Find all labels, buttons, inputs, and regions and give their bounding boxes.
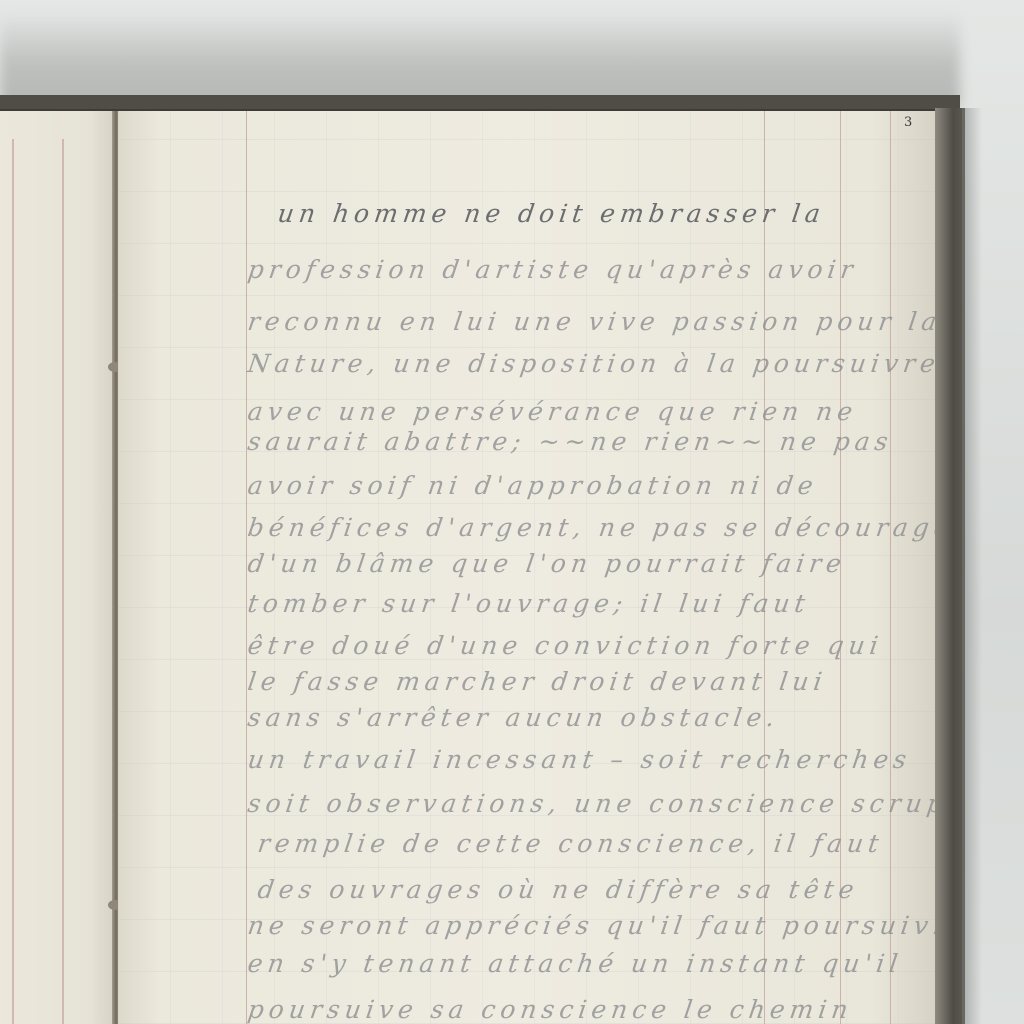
text-line: tomber sur l'ouvrage; il lui faut [246, 589, 812, 618]
column-rule [890, 109, 891, 1024]
text-line: un travail incessant – soit recherches [246, 745, 913, 774]
book-cover-top-edge [0, 95, 960, 111]
page-number: 3 [904, 115, 912, 130]
text-line: avec une persévérance que rien ne [246, 397, 859, 426]
text-line: sans s'arrêter aucun obstacle. [246, 703, 781, 732]
right-page: 3 un homme ne doit embrasser la professi… [118, 109, 938, 1024]
book-cover-right-edge [935, 108, 965, 1024]
text-line: des ouvrages où ne diffère sa tête [256, 875, 861, 904]
text-line: poursuive sa conscience le chemin [246, 995, 855, 1024]
text-line: profession d'artiste qu'après avoir [246, 255, 860, 284]
text-line: d'un blâme que l'on pourrait faire [246, 549, 848, 578]
left-margin-rule [12, 139, 14, 1024]
text-line: reconnu en lui une vive passion pour la [246, 307, 938, 336]
text-line: Nature, une disposition à la poursuivre [246, 349, 938, 378]
text-line: le fasse marcher droit devant lui [246, 667, 829, 696]
book-edge-shadow [962, 108, 982, 1024]
left-page [0, 109, 112, 1024]
text-line: bénéfices d'argent, ne pas se décourager [246, 513, 938, 542]
text-line: remplie de cette conscience, il faut [256, 829, 885, 858]
book-shadow [0, 12, 960, 107]
text-line: saurait abattre; ~~ne rien~~ ne pas [246, 427, 895, 456]
left-margin-rule [62, 139, 64, 1024]
text-line: avoir soif ni d'approbation ni de [246, 471, 820, 500]
text-line: être doué d'une conviction forte qui [246, 631, 885, 660]
text-line: soit observations, une conscience scrupu… [246, 789, 938, 818]
text-line: en s'y tenant attaché un instant qu'il [246, 949, 904, 978]
text-line: ne seront appréciés qu'il faut poursuivr… [246, 911, 938, 940]
text-line: un homme ne doit embrasser la [276, 199, 827, 228]
